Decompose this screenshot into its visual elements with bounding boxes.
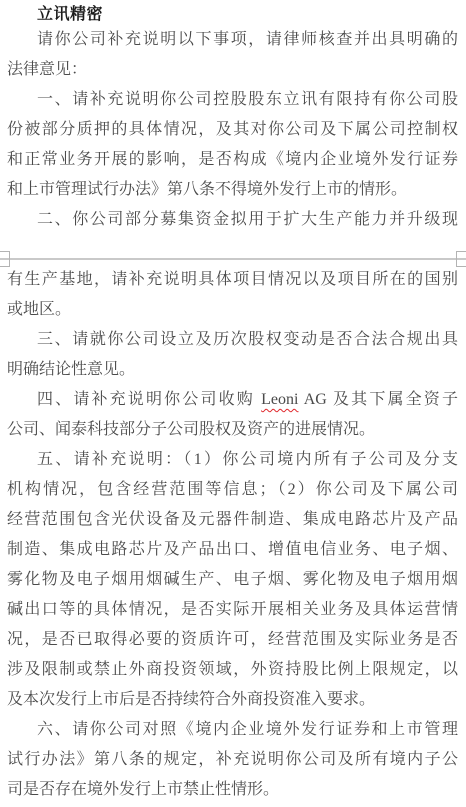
document-page: 立讯精密 请你公司补充说明以下事项，请律师核查并出具明确的法律意见：一、请补充说… bbox=[0, 0, 466, 807]
text-line: 经营范围包含光伏设备及元器件制造、集成电路芯片及产品 bbox=[7, 505, 458, 535]
text-line: 请你公司补充说明以下事项，请律师核查并出具明确的 bbox=[7, 25, 458, 55]
text-line: 司是否存在境外发行上市禁止性情形。 bbox=[7, 775, 458, 805]
page-2-text-block: 有生产基地，请补充说明具体项目情况以及项目所在的国别或地区。三、请就你公司设立及… bbox=[7, 265, 458, 805]
text-line: 制造、集成电路芯片及产品出口、增值电信业务、电子烟、 bbox=[7, 535, 458, 565]
page-break-line bbox=[0, 258, 466, 260]
text-line: 公司、闻泰科技部分子公司股权及资产的进展情况。 bbox=[7, 415, 458, 445]
text-line: 份被部分质押的具体情况，及其对你公司及下属公司控制权 bbox=[7, 115, 458, 145]
text-line: 况，是否已取得必要的资质许可，经营范围及实际业务是否 bbox=[7, 625, 458, 655]
text-segment: 及其下属全资子 bbox=[333, 391, 458, 408]
spellchecked-word: Leoni bbox=[261, 391, 298, 408]
text-line: 明确结论性意见。 bbox=[7, 355, 458, 385]
text-line: 六、请你公司对照《境内企业境外发行证券和上市管理 bbox=[7, 715, 458, 745]
text-segment: 四、请补充说明你公司收购 bbox=[37, 391, 261, 408]
text-line: 试行办法》第八条的规定，补充说明你公司及所有境内子公 bbox=[7, 745, 458, 775]
page-1-text-block: 请你公司补充说明以下事项，请律师核查并出具明确的法律意见：一、请补充说明你公司控… bbox=[7, 25, 458, 235]
text-line: 涉及限制或禁止外商投资领域，外资持股比例上限规定，以 bbox=[7, 655, 458, 685]
text-line: 和上市管理试行办法》第八条不得境外发行上市的情形。 bbox=[7, 175, 458, 205]
text-line: 一、请补充说明你公司控股股东立讯有限持有你公司股 bbox=[7, 85, 458, 115]
text-line: 四、请补充说明你公司收购 Leoni AG 及其下属全资子 bbox=[7, 385, 458, 415]
text-line: 法律意见： bbox=[7, 55, 458, 85]
text-segment: AG bbox=[298, 391, 333, 408]
text-line: 机构情况，包含经营范围等信息；（2）你公司及下属公司 bbox=[7, 475, 458, 505]
text-line: 二、你公司部分募集资金拟用于扩大生产能力并升级现 bbox=[7, 205, 458, 235]
text-line: 及本次发行上市后是否持续符合外商投资准入要求。 bbox=[7, 685, 458, 715]
text-line: 有生产基地，请补充说明具体项目情况以及项目所在的国别 bbox=[7, 265, 458, 295]
text-line: 碱出口等的具体情况，是否实际开展相关业务及具体运营情 bbox=[7, 595, 458, 625]
text-line: 雾化物及电子烟用烟碱生产、电子烟、雾化物及电子烟用烟 bbox=[7, 565, 458, 595]
text-line: 或地区。 bbox=[7, 295, 458, 325]
text-line: 三、请就你公司设立及历次股权变动是否合法合规出具 bbox=[7, 325, 458, 355]
text-line: 五、请补充说明：（1）你公司境内所有子公司及分支 bbox=[7, 445, 458, 475]
text-line: 和正常业务开展的影响，是否构成《境内企业境外发行证券 bbox=[7, 145, 458, 175]
